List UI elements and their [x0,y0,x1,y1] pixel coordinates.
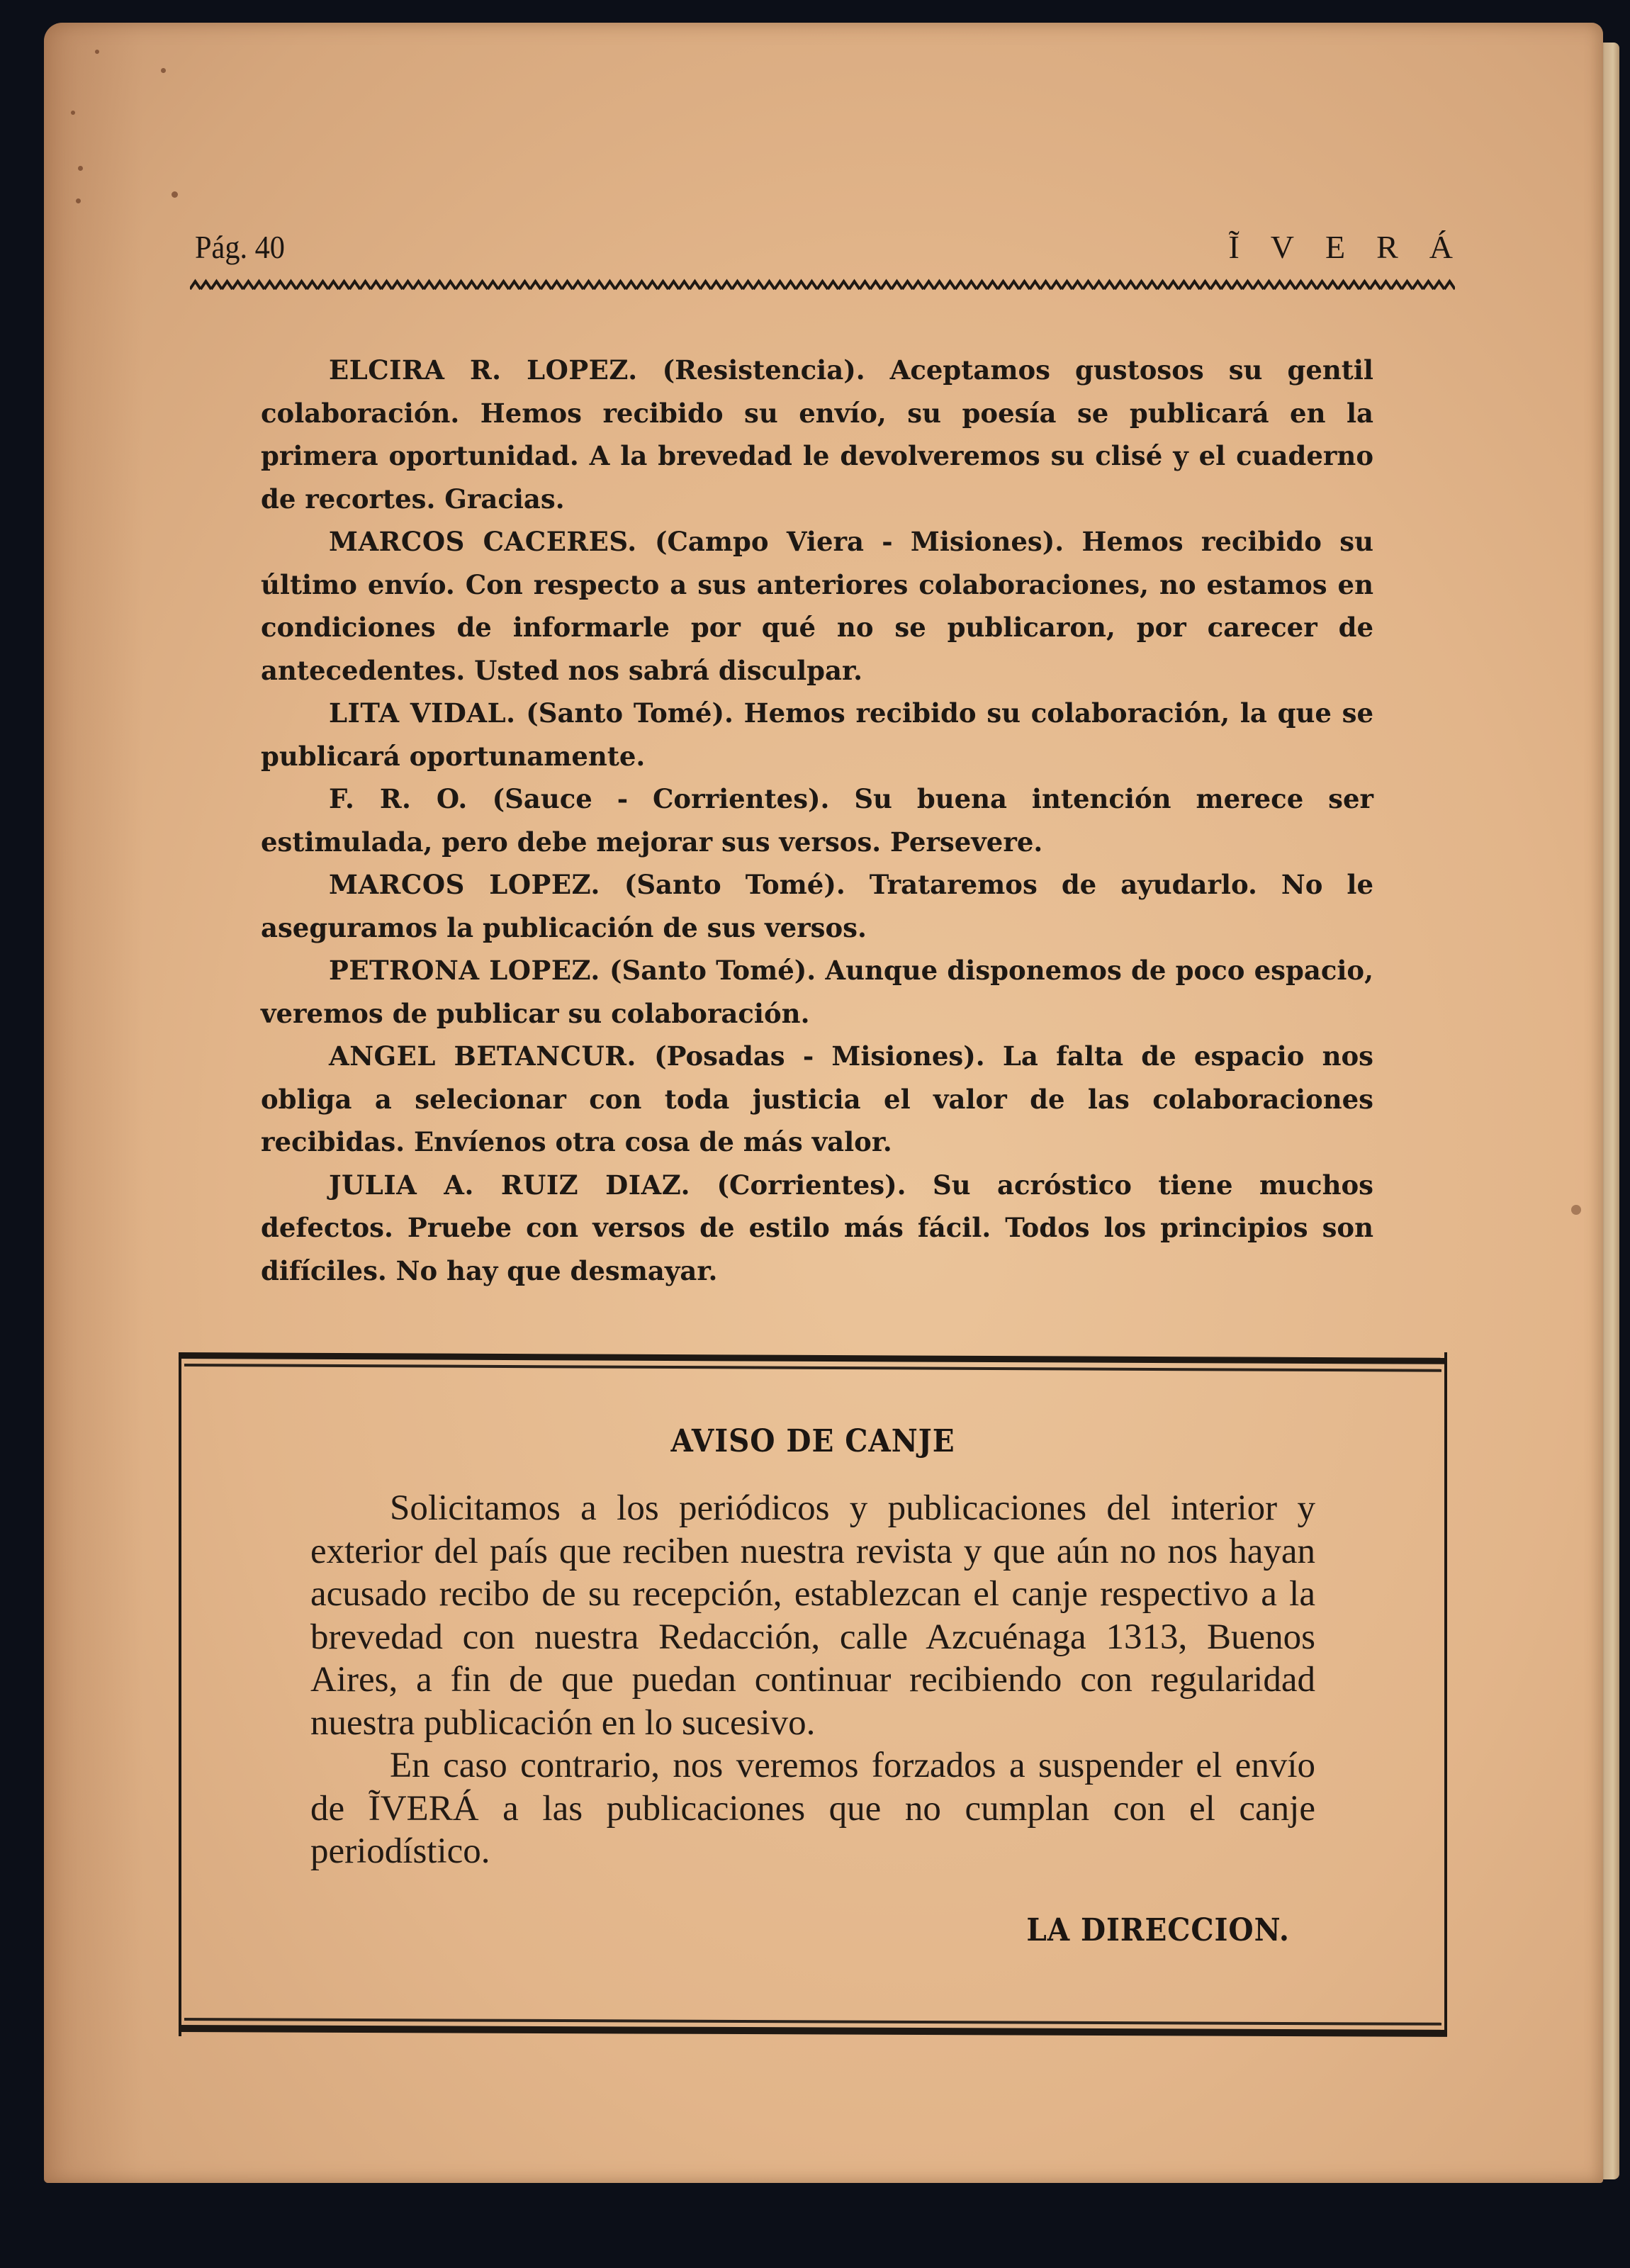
contributor-name: JULIA A. RUIZ DIAZ. [329,1169,690,1201]
contributor-place: (Corrientes). [717,1169,906,1201]
contributor-place: (Santo Tomé). [526,697,733,729]
contributor-place: (Campo Viera - Misiones). [655,526,1064,557]
notice-paragraph: Solicitamos a los periódicos y publicaci… [310,1487,1315,1744]
contributor-name: MARCOS CACERES. [329,526,637,557]
magazine-title: ĨVERÁ [1228,228,1484,266]
contributor-place: (Posadas - Misiones). [654,1040,985,1072]
exchange-notice-box: AVISO DE CANJE Solicitamos a los periódi… [179,1352,1447,2036]
contributor-name: PETRONA LOPEZ. [329,955,600,986]
contributor-name: ELCIRA R. LOPEZ. [329,354,638,386]
response-entry: LITA VIDAL. (Santo Tomé). Hemos recibido… [261,692,1373,777]
contributor-name: ANGEL BETANCUR. [329,1040,636,1072]
contributor-name: MARCOS LOPEZ. [329,869,600,900]
response-entry: PETRONA LOPEZ. (Santo Tomé). Aunque disp… [261,949,1373,1035]
response-entry: F. R. O. (Sauce - Corrientes). Su buena … [261,777,1373,863]
notice-signature: LA DIRECCION. [1026,1912,1290,1948]
paper-speck [76,198,81,203]
response-entry: MARCOS CACERES. (Campo Viera - Misiones)… [261,520,1373,692]
notice-paragraph: En caso contrario, nos veremos forzados … [310,1744,1315,1873]
contributor-name: LITA VIDAL. [329,697,515,729]
page-number: Pág. 40 [195,228,285,266]
contributor-place: (Santo Tomé). [609,955,816,986]
page-header: Pág. 40 ĨVERÁ [195,228,1453,271]
paper-speck [172,191,178,198]
notice-body: Solicitamos a los periódicos y publicaci… [310,1487,1315,1873]
correspondence-section: ELCIRA R. LOPEZ. (Resistencia). Aceptamo… [261,349,1373,1292]
response-entry: MARCOS LOPEZ. (Santo Tomé). Trataremos d… [261,863,1373,949]
contributor-name: F. R. O. [329,783,468,814]
contributor-place: (Resistencia). [663,354,865,386]
contributor-place: (Sauce - Corrientes). [493,783,830,814]
paper-speck [1571,1205,1581,1215]
response-entry: ANGEL BETANCUR. (Posadas - Misiones). La… [261,1035,1373,1164]
response-entry: JULIA A. RUIZ DIAZ. (Corrientes). Su acr… [261,1164,1373,1293]
response-entry: ELCIRA R. LOPEZ. (Resistencia). Aceptamo… [261,349,1373,520]
wavy-rule [190,278,1455,293]
notice-title: AVISO DE CANJE [230,1423,1397,1459]
paper-speck [161,68,166,73]
contributor-place: (Santo Tomé). [624,869,845,900]
paper-speck [95,50,99,54]
paper-speck [78,166,83,171]
paper-speck [71,111,75,115]
